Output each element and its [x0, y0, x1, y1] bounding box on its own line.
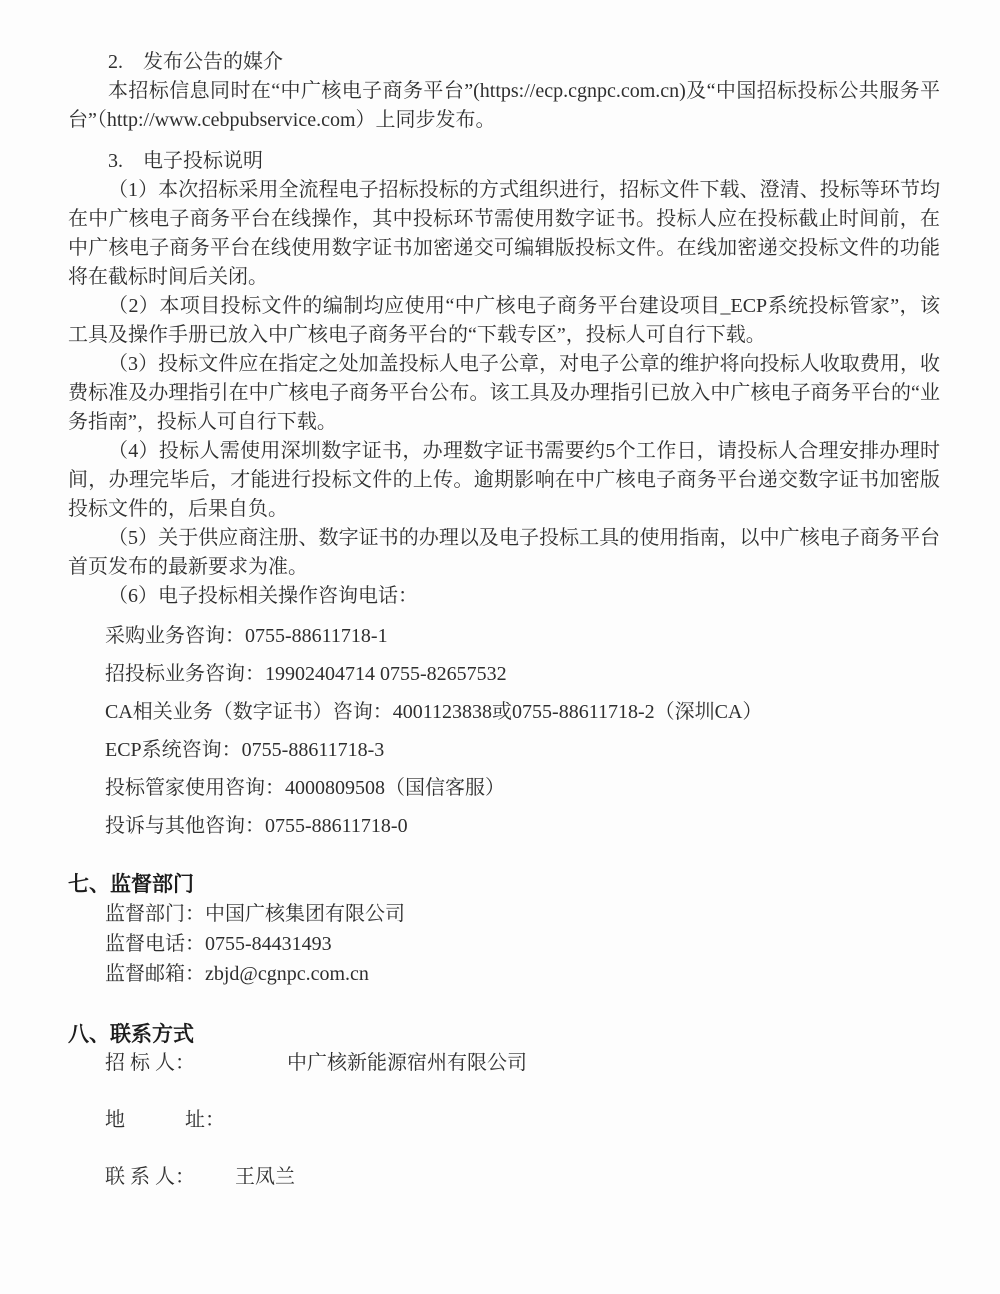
- paragraph-ebidding-3: （3）投标文件应在指定之处加盖投标人电子公章，对电子公章的维护将向投标人收取费用…: [68, 350, 940, 437]
- document-content: 2. 发布公告的媒介 本招标信息同时在“中广核电子商务平台”(https://e…: [0, 0, 1000, 1192]
- paragraph-ebidding-6: （6）电子投标相关操作咨询电话：: [68, 582, 940, 611]
- heading-ebidding-notes: 3. 电子投标说明: [68, 147, 940, 176]
- phone-line-ecp: ECP系统咨询：0755-88611718-3: [105, 736, 940, 765]
- contact-row-person: 联 系 人：王凤兰: [105, 1163, 940, 1192]
- supervision-dept-line: 监督部门：中国广核集团有限公司: [105, 899, 940, 929]
- phone-line-bid-manager: 投标管家使用咨询：4000809508（国信客服）: [105, 774, 940, 803]
- paragraph-ebidding-2: （2）本项目投标文件的编制均应使用“中广核电子商务平台建设项目_ECP系统投标管…: [68, 292, 940, 350]
- consult-phone-list: 采购业务咨询：0755-88611718-1 招投标业务咨询：199024047…: [68, 622, 940, 841]
- contact-value-person: 王凤兰: [235, 1166, 295, 1188]
- phone-line-ca: CA相关业务（数字证书）咨询：4001123838或0755-88611718-…: [105, 698, 940, 727]
- phone-line-complaints: 投诉与其他咨询：0755-88611718-0: [105, 812, 940, 841]
- paragraph-ebidding-1: （1）本次招标采用全流程电子招标投标的方式组织进行，招标文件下载、澄清、投标等环…: [68, 176, 940, 292]
- phone-line-bidding: 招投标业务咨询：19902404714 0755-82657532: [105, 660, 940, 689]
- section-title-contact: 八、联系方式: [68, 1019, 940, 1049]
- contact-label-person: 联 系 人：: [105, 1166, 195, 1188]
- paragraph-publish-media: 本招标信息同时在“中广核电子商务平台”(https://ecp.cgnpc.co…: [68, 77, 940, 135]
- contact-value-tenderer: 中广核新能源宿州有限公司: [287, 1052, 527, 1074]
- contact-row-tenderer: 招 标 人：中广核新能源宿州有限公司: [105, 1049, 940, 1078]
- contact-label-address: 地 址：: [105, 1109, 225, 1131]
- contact-row-address: 地 址：: [105, 1106, 940, 1135]
- document-page: 2. 发布公告的媒介 本招标信息同时在“中广核电子商务平台”(https://e…: [0, 0, 1000, 1294]
- contact-label-tenderer: 招 标 人：: [105, 1052, 195, 1074]
- contact-block: 招 标 人：中广核新能源宿州有限公司 地 址： 联 系 人：王凤兰: [68, 1049, 940, 1192]
- section-title-supervision: 七、监督部门: [68, 869, 940, 899]
- paragraph-ebidding-4: （4）投标人需使用深圳数字证书，办理数字证书需要约5个工作日，请投标人合理安排办…: [68, 437, 940, 524]
- supervision-phone-line: 监督电话：0755-84431493: [105, 929, 940, 959]
- phone-line-procurement: 采购业务咨询：0755-88611718-1: [105, 622, 940, 651]
- supervision-email-line: 监督邮箱：zbjd@cgnpc.com.cn: [105, 959, 940, 989]
- paragraph-ebidding-5: （5）关于供应商注册、数字证书的办理以及电子投标工具的使用指南，以中广核电子商务…: [68, 524, 940, 582]
- heading-publish-media: 2. 发布公告的媒介: [68, 48, 940, 77]
